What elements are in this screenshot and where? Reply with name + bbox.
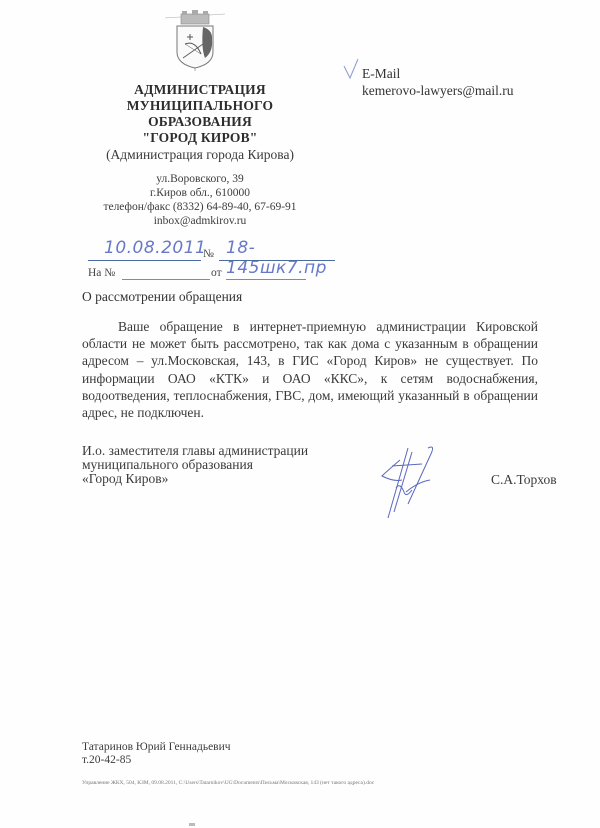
body-paragraph: Ваше обращение в интернет-приемную админ… <box>82 318 538 421</box>
org-name-line-3: ОБРАЗОВАНИЯ <box>80 114 320 130</box>
letter-subject: О рассмотрении обращения <box>82 289 242 305</box>
scan-speck <box>189 823 195 826</box>
checkmark-icon <box>342 58 360 80</box>
kirov-coat-of-arms-icon <box>163 6 227 72</box>
from-label: от <box>211 267 222 279</box>
registration-line: 10.08.2011 № 18-145шк7.пр На № от <box>88 240 348 270</box>
org-name-line-4: "ГОРОД КИРОВ" <box>80 130 320 146</box>
address-phone: телефон/факс (8332) 64-89-40, 67-69-91 <box>80 200 320 214</box>
signer-title: И.о. заместителя главы администрации мун… <box>82 444 308 486</box>
executor-name: Татаринов Юрий Геннадьевич <box>82 741 231 754</box>
signer-title-line-2: муниципального образования <box>82 458 308 472</box>
number-label: № <box>203 248 214 260</box>
organization-header: АДМИНИСТРАЦИЯ МУНИЦИПАЛЬНОГО ОБРАЗОВАНИЯ… <box>80 82 320 163</box>
executor-block: Татаринов Юрий Геннадьевич т.20-42-85 <box>82 741 231 767</box>
from-underline <box>226 279 306 280</box>
org-subtitle: (Администрация города Кирова) <box>80 146 320 163</box>
recipient-block: E-Mail kemerovo-lawyers@mail.ru <box>362 65 514 99</box>
recipient-label: E-Mail <box>362 65 514 82</box>
address-street: ул.Воровского, 39 <box>80 172 320 186</box>
letter-body: Ваше обращение в интернет-приемную админ… <box>82 318 538 421</box>
reply-to-label: На № <box>88 267 115 279</box>
registration-number: 18-145шк7.пр <box>226 238 348 278</box>
number-underline <box>219 260 335 261</box>
signer-title-line-1: И.о. заместителя главы администрации <box>82 444 308 458</box>
org-address: ул.Воровского, 39 г.Киров обл., 610000 т… <box>80 172 320 228</box>
recipient-email: kemerovo-lawyers@mail.ru <box>362 82 514 99</box>
address-email: inbox@admkirov.ru <box>80 214 320 228</box>
org-name-line-1: АДМИНИСТРАЦИЯ <box>80 82 320 98</box>
letter-page: АДМИНИСТРАЦИЯ МУНИЦИПАЛЬНОГО ОБРАЗОВАНИЯ… <box>0 0 600 828</box>
org-name-line-2: МУНИЦИПАЛЬНОГО <box>80 98 320 114</box>
footer-file-path: Управление ЖКХ, 504, КЗМ, 09.08.2011, C:… <box>82 780 374 786</box>
signer-title-line-3: «Город Киров» <box>82 472 308 486</box>
signer-name: С.А.Торхов <box>491 472 557 488</box>
executor-phone: т.20-42-85 <box>82 754 231 767</box>
handwritten-signature-icon <box>378 446 450 520</box>
reply-to-underline <box>122 279 210 280</box>
date-underline <box>88 260 201 261</box>
address-city: г.Киров обл., 610000 <box>80 186 320 200</box>
registration-date: 10.08.2011 <box>104 238 206 258</box>
